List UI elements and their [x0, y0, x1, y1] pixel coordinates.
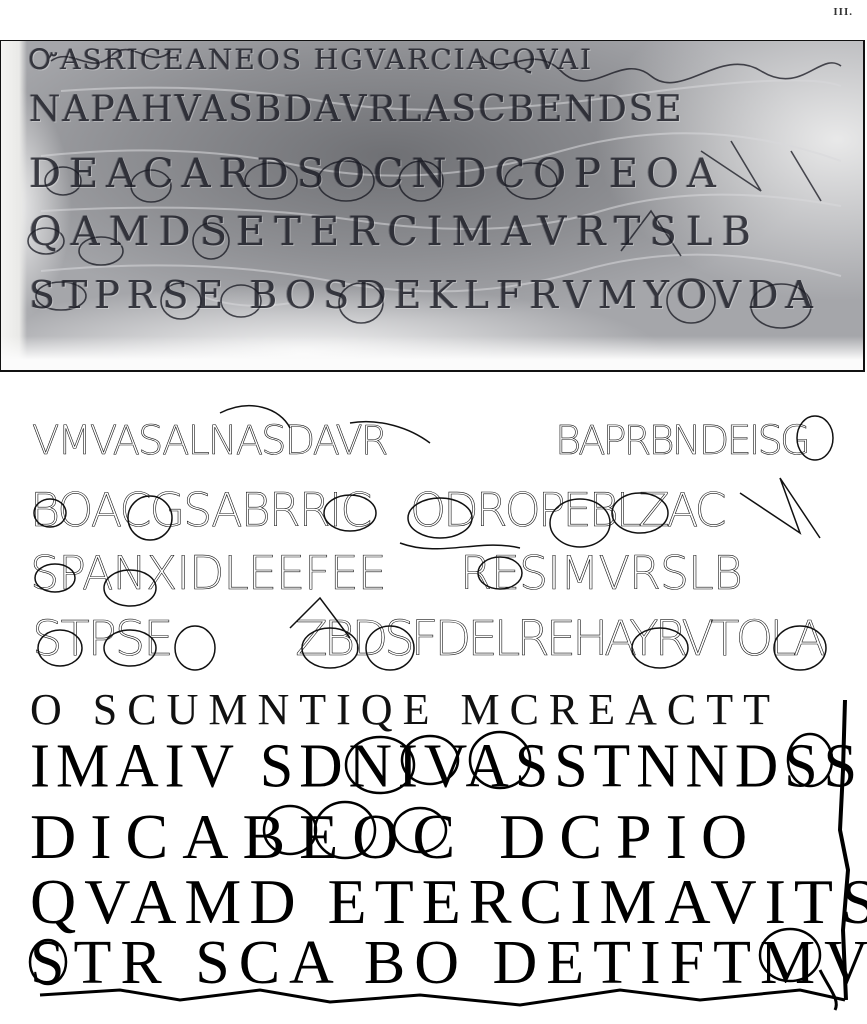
processed-line-2: IMAIV SDNIVASSTNNDSS	[30, 730, 863, 802]
drawing-line-2-left: BOACGSABRRIC	[30, 483, 370, 537]
photo-line-4: QAMDSETERCIMAVRTSLB	[29, 209, 839, 255]
drawing-line-4-right: ZBDSFDELREHAYRVTOLA	[295, 611, 822, 667]
photo-line-1: ᏅASRICEANEOS HGVARCIACQVAI	[29, 43, 839, 77]
plate-number: III.	[833, 6, 853, 18]
drawing-line-3-left: SPANXIDLEEFEE	[30, 546, 386, 600]
processed-line-5: STR SCA BO DETIFTMVXO	[30, 928, 867, 999]
drawing-line-4-left: STPSE	[32, 611, 172, 667]
processed-line-3: DICABEOC DCPIO	[30, 800, 761, 874]
inscription-photograph: ᏅASRICEANEOS HGVARCIACQVAI NAPAHVASBDAVR…	[0, 40, 865, 372]
drawing-line-1-left: VMVASALNASDAVR	[32, 418, 387, 464]
inscription-processed-image: O SCUMNTIQE MCREACTT IMAIV SDNIVASSTNNDS…	[0, 690, 867, 1024]
processed-line-1: O SCUMNTIQE MCREACTT	[30, 684, 780, 735]
drawing-line-3-right: RESIMVRSLB	[460, 546, 742, 600]
drawing-line-1-right: BAPRBNDEISG	[555, 418, 808, 464]
drawing-line-2-right: ODROPEBLZAC	[410, 483, 724, 537]
inscription-line-drawing: VMVASALNASDAVR BAPRBNDEISG BOACGSABRRIC …	[20, 398, 850, 683]
photo-line-3: DEACARDSOCNDCOPEOA	[29, 151, 839, 197]
photo-bottom-fade	[1, 336, 863, 370]
photo-line-5: STPRSE BOSDEKLFRVMYOVDA	[29, 273, 839, 317]
photo-line-2: NAPAHVASBDAVRLASCBENDSE	[29, 89, 839, 130]
